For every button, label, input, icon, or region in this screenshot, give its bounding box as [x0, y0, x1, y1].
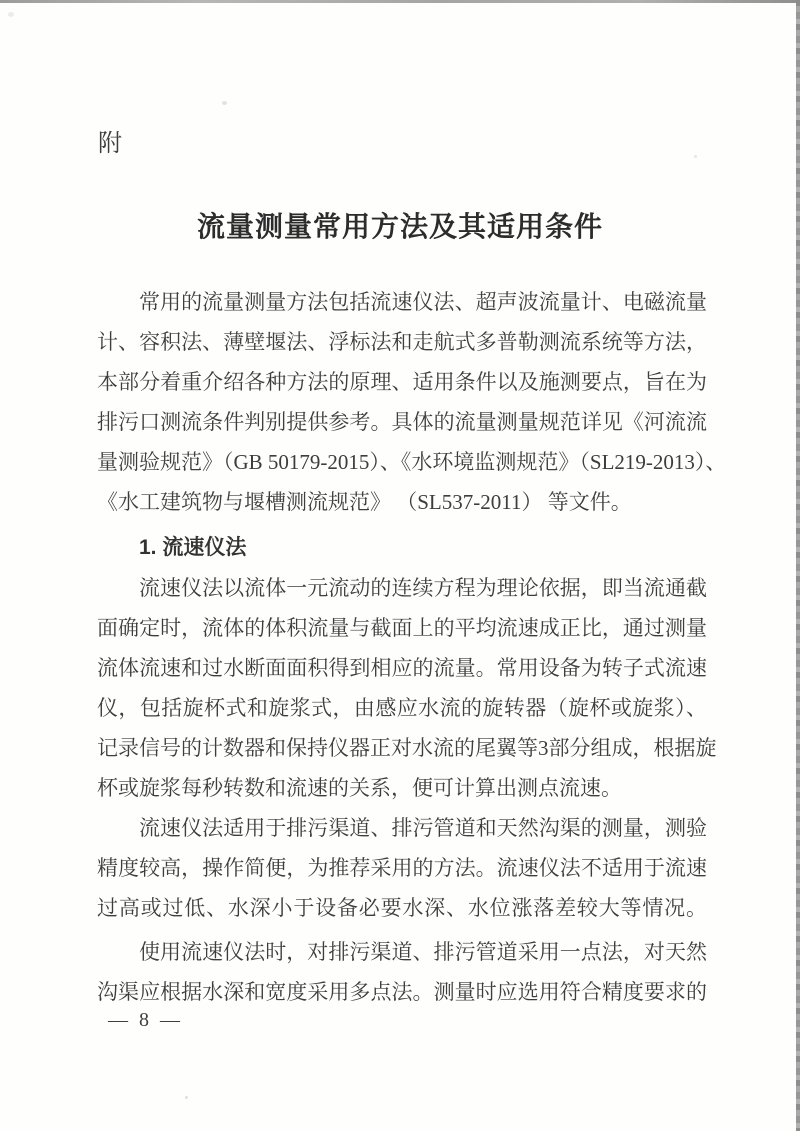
body-line: 面确定时，流体的体积流量与截面上的平均流速成正比，通过测量 — [97, 608, 707, 648]
body-line: 计、容积法、薄壁堰法、浮标法和走航式多普勒测流系统等方法， — [97, 322, 707, 362]
scan-right-edge-artifact — [796, 0, 800, 1131]
body-line: 量测验规范》（GB 50179-2015）、《水环境监测规范》（SL219-20… — [97, 442, 707, 482]
body-line: 流体流速和过水断面面积得到相应的流量。常用设备为转子式流速 — [97, 648, 707, 688]
paragraph-3: 流速仪法适用于排污渠道、排污管道和天然沟渠的测量，测验 精度较高，操作简便，为推… — [97, 808, 707, 928]
body-line: 本部分着重介绍各种方法的原理、适用条件以及施测要点，旨在为 — [97, 362, 707, 402]
body-line: 记录信号的计数器和保持仪器正对水流的尾翼等3部分组成，根据旋 — [97, 728, 707, 768]
body-line: 沟渠应根据水深和宽度采用多点法。测量时应选用符合精度要求的 — [97, 972, 707, 1012]
scanned-document-page: 附 流量测量常用方法及其适用条件 常用的流量测量方法包括流速仪法、超声波流量计、… — [0, 0, 800, 1131]
body-line: 排污口测流条件判别提供参考。具体的流量测量规范详见《河流流 — [97, 402, 707, 442]
scan-speck — [8, 12, 14, 17]
body-line: 使用流速仪法时，对排污渠道、排污管道采用一点法，对天然 — [97, 932, 707, 972]
paragraph-2: 流速仪法以流体一元流动的连续方程为理论依据，即当流通截 面确定时，流体的体积流量… — [97, 568, 707, 808]
paragraph-4: 使用流速仪法时，对排污渠道、排污管道采用一点法，对天然 沟渠应根据水深和宽度采用… — [97, 932, 707, 1012]
scan-speck — [694, 155, 697, 158]
scan-top-edge-artifact — [0, 0, 800, 3]
document-body: 常用的流量测量方法包括流速仪法、超声波流量计、电磁流量 计、容积法、薄壁堰法、浮… — [97, 282, 707, 1012]
section-heading-1: 1. 流速仪法 — [97, 528, 707, 568]
page-number: — 8 — — [108, 1006, 183, 1034]
paragraph-1: 常用的流量测量方法包括流速仪法、超声波流量计、电磁流量 计、容积法、薄壁堰法、浮… — [97, 282, 707, 522]
scan-speck — [222, 101, 227, 105]
body-line: 流速仪法适用于排污渠道、排污管道和天然沟渠的测量，测验 — [97, 808, 707, 848]
scan-speck — [185, 1096, 188, 1099]
body-line: 精度较高，操作简便，为推荐采用的方法。流速仪法不适用于流速 — [97, 848, 707, 888]
body-line: 杯或旋浆每秒转数和流速的关系，便可计算出测点流速。 — [97, 768, 707, 808]
body-line: 仪，包括旋杯式和旋浆式，由感应水流的旋转器（旋杯或旋浆）、 — [97, 688, 707, 728]
body-line: 常用的流量测量方法包括流速仪法、超声波流量计、电磁流量 — [97, 282, 707, 322]
body-line: 流速仪法以流体一元流动的连续方程为理论依据，即当流通截 — [97, 568, 707, 608]
body-line: 《水工建筑物与堰槽测流规范》 （SL537-2011） 等文件。 — [97, 482, 707, 522]
page-title: 流量测量常用方法及其适用条件 — [0, 205, 800, 245]
body-line: 过高或过低、水深小于设备必要水深、水位涨落差较大等情况。 — [97, 888, 707, 928]
appendix-marker: 附 — [98, 123, 122, 158]
